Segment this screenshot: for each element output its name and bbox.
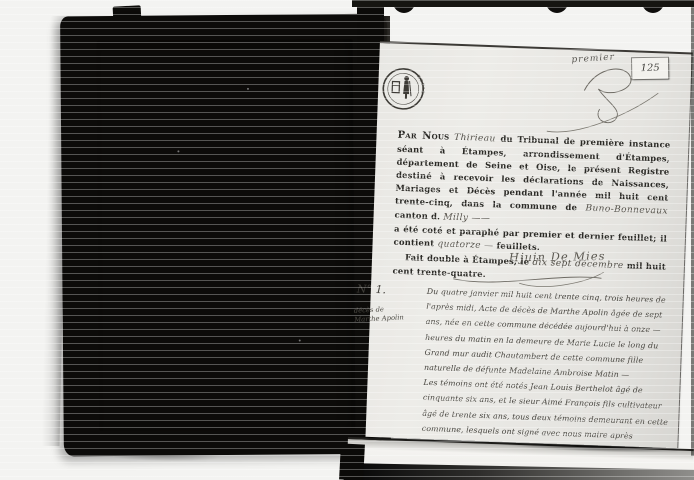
preamble-body: instance séant à Étampes, arrondissement…	[395, 138, 671, 211]
commune-prefix: de	[565, 202, 577, 212]
paper-speck	[299, 339, 301, 341]
folio-number-tab: 125	[632, 58, 668, 80]
canton-label: canton d.	[394, 210, 440, 222]
margin-note: décès de Marthe Apolin	[354, 304, 415, 325]
blank-flyleaf-page	[97, 39, 356, 431]
paper-speck	[177, 150, 179, 152]
canton-name-handwritten: Milly	[443, 212, 468, 223]
judge-name-handwritten: Thirieau	[454, 133, 496, 145]
scanner-top-strip	[352, 0, 694, 7]
paper-speck	[247, 88, 249, 90]
filler-dash: ——	[471, 213, 490, 224]
preamble-line1: du Tribunal de première	[500, 133, 624, 148]
commune-name-handwritten: Buno-Bonnevaux	[585, 204, 668, 217]
act-number: N° 1.	[357, 282, 387, 296]
scanned-register-photograph: ROYAL premier 125 Par Nous Thirieau du T…	[0, 0, 694, 480]
feuillets-count-handwritten: quatorze	[437, 239, 481, 251]
margin-note-line2: Marthe Apolin	[354, 313, 414, 325]
cover-corner	[339, 443, 365, 480]
timbre-royal-stamp-icon: ROYAL	[379, 65, 427, 113]
register-page: ROYAL premier 125 Par Nous Thirieau du T…	[365, 41, 692, 448]
act-body-handwritten: Du quatre janvier mil huit cent trente c…	[422, 284, 673, 445]
par-nous-label: Par Nous	[397, 130, 449, 143]
